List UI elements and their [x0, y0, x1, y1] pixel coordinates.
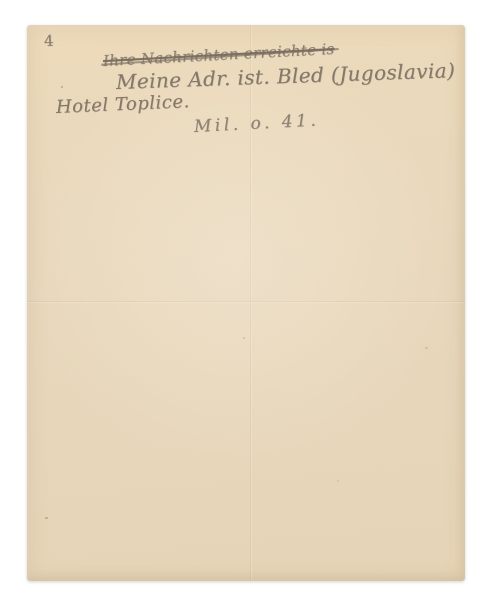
paper-speck: [61, 86, 63, 88]
fold-line-vertical: [250, 25, 251, 581]
scan-canvas: 4 Ihre Nachrichten erreichte is Meine Ad…: [0, 0, 493, 607]
paper-speck: [243, 337, 245, 339]
page-number: 4: [44, 32, 54, 50]
paper-speck: [425, 347, 428, 349]
paper-speck: [337, 480, 339, 482]
manuscript-page: 4 Ihre Nachrichten erreichte is Meine Ad…: [27, 25, 465, 581]
paper-speck: [45, 517, 48, 519]
fold-line-horizontal: [27, 301, 465, 302]
handwritten-line-hotel: Hotel Toplice.: [56, 91, 191, 118]
handwritten-line-signature-date: Mil. o. 41.: [193, 110, 319, 137]
